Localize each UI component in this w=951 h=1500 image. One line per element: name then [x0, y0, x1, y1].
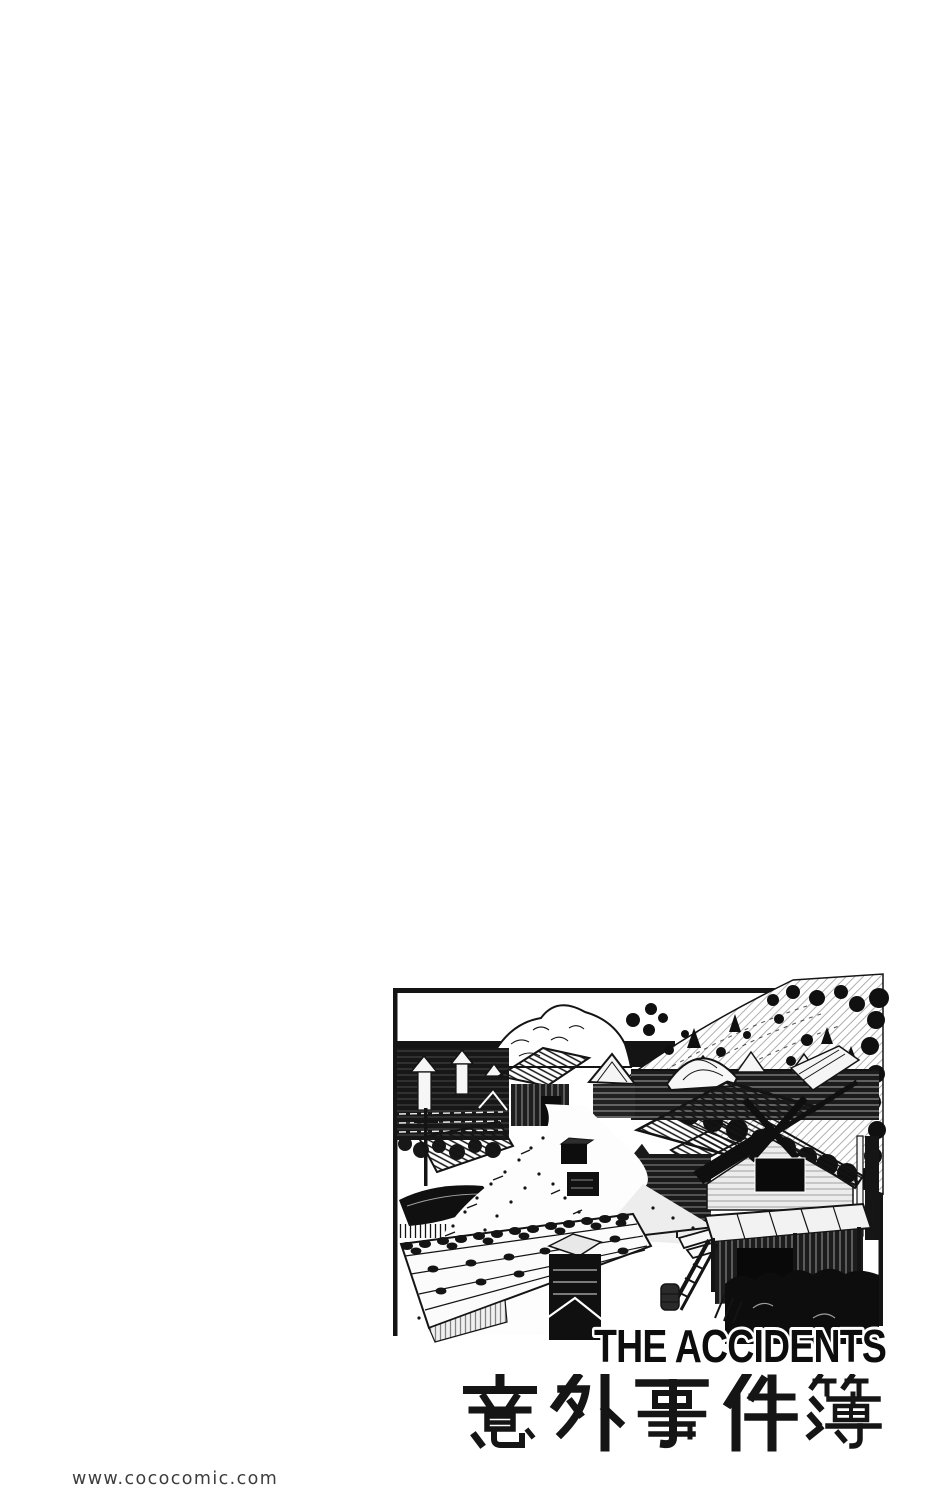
- chapter-title-chinese: 意外事件簿: [463, 1374, 883, 1452]
- glyph-jian: [729, 1376, 794, 1447]
- barrel: [661, 1284, 679, 1310]
- chapter-illustration: [393, 988, 883, 1348]
- glyph-bu: [810, 1376, 879, 1446]
- glyph-shi: [639, 1383, 705, 1444]
- chapter-title-english: THE ACCIDENTS: [588, 1325, 890, 1371]
- glyph-yi: [467, 1376, 533, 1445]
- illustration-canvas: [393, 988, 883, 1348]
- watermark-url: www.cococomic.com: [72, 1469, 278, 1489]
- chapter-title-english-text: THE ACCIDENTS: [594, 1325, 886, 1371]
- glyph-wai: [556, 1376, 620, 1447]
- manga-page: THE ACCIDENTS 意外事件簿: [0, 0, 951, 1500]
